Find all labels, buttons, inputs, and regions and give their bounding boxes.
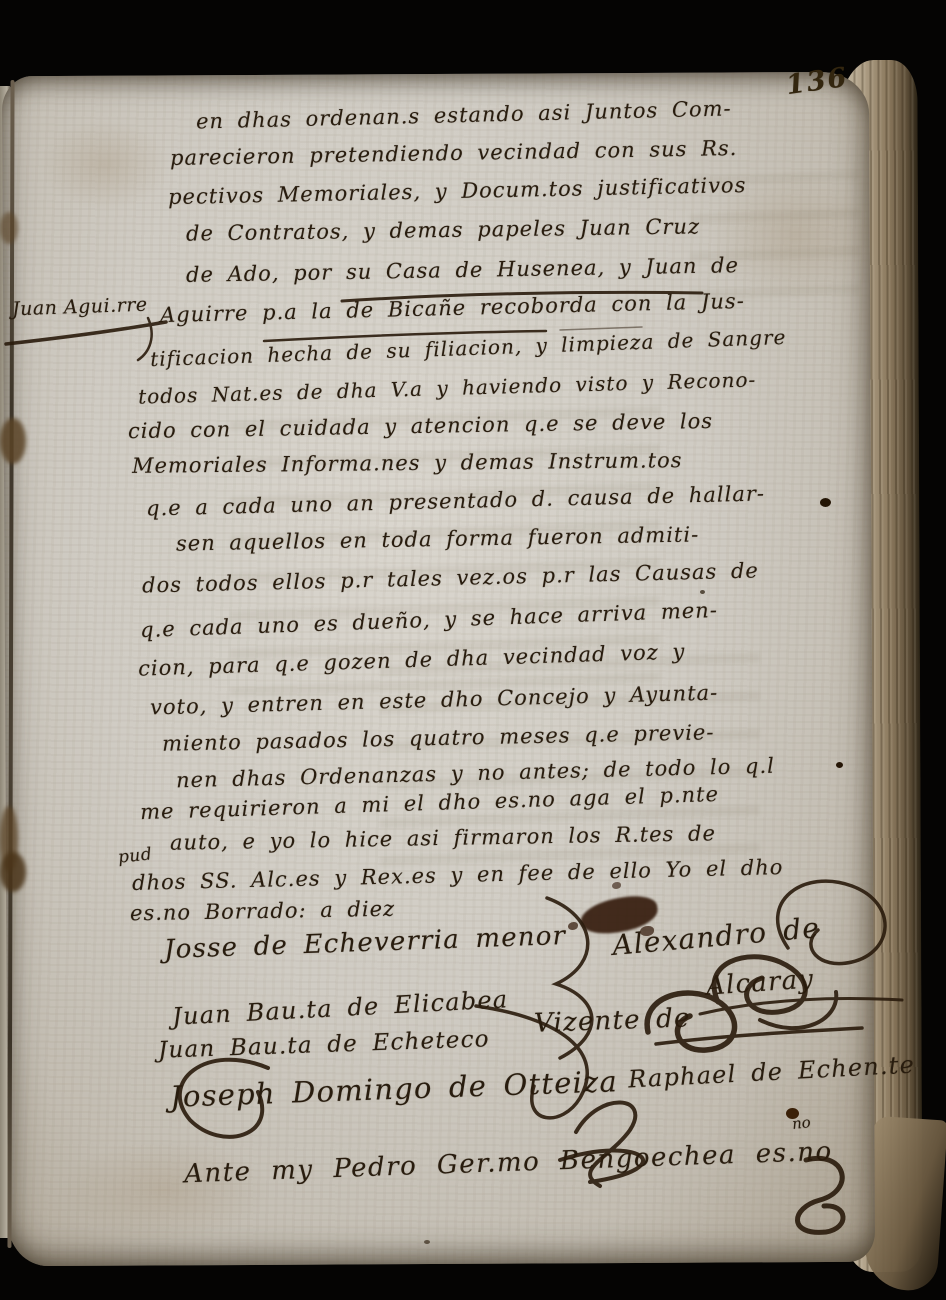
margin-note-pud: pud [117,844,153,867]
ink-speck [424,1240,430,1244]
ink-speck [700,590,705,594]
gutter-stain [0,418,26,464]
ink-speck [786,1108,799,1119]
paper-mottle [60,1140,270,1240]
signature: Vizente de [534,1003,692,1038]
gutter-stain [0,852,26,892]
ink-speck [820,498,831,507]
body-line: es.no Borrado: a diez [130,897,395,926]
gutter-stain [0,212,18,244]
paper-mottle [40,120,170,210]
manuscript-photo: 136 Juan Agui.rre pud en dhas ordenan.s … [0,0,946,1300]
ink-speck [836,762,843,768]
